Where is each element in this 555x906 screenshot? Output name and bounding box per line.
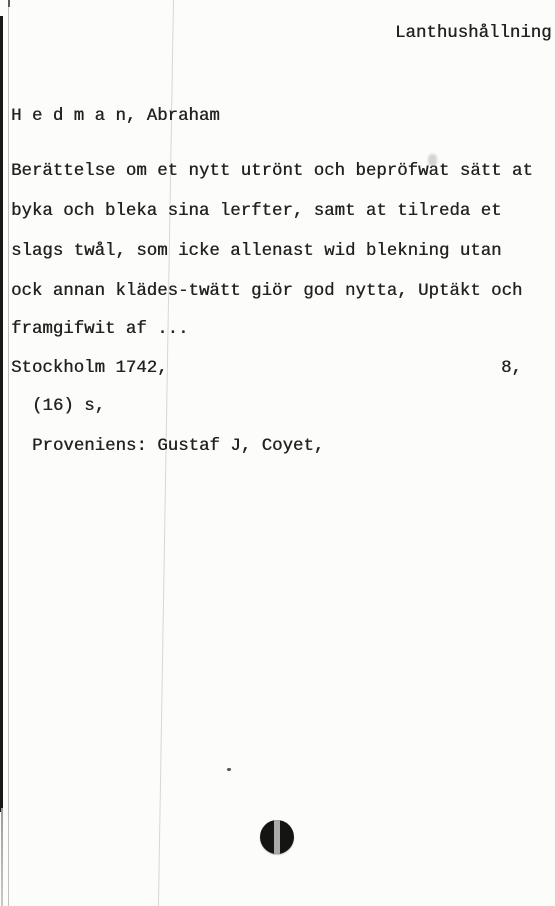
title-line-3: slags twål, som icke allenast wid blekni… bbox=[11, 241, 502, 263]
title-line-4: ock annan klädes-twätt giör god nytta, U… bbox=[11, 281, 522, 303]
left-rule-line bbox=[8, 0, 9, 906]
title-line-1: Berättelse om et nytt utrönt och bepröfw… bbox=[11, 161, 533, 183]
faint-ink-smudge bbox=[428, 154, 437, 166]
title-line-5: framgifwit af ... bbox=[11, 319, 188, 341]
pagination-line: (16) s, bbox=[32, 396, 105, 418]
subject-heading: Lanthushållning bbox=[395, 23, 552, 45]
left-rule-top-tick bbox=[8, 0, 10, 7]
left-page-edge bbox=[0, 16, 3, 812]
imprint-line: Stockholm 1742, bbox=[11, 358, 168, 380]
ink-speck bbox=[227, 768, 231, 771]
punch-hole bbox=[260, 820, 294, 854]
catalog-card-scan: Lanthushållning H e d m a n, Abraham Ber… bbox=[0, 0, 555, 906]
author-heading: H e d m a n, Abraham bbox=[11, 106, 220, 128]
left-page-edge-fade bbox=[1, 808, 3, 906]
provenance-line: Proveniens: Gustaf J, Coyet, bbox=[32, 436, 324, 458]
punch-hole-rod bbox=[274, 820, 280, 854]
title-line-2: byka och bleka sina lerfter, samt at til… bbox=[11, 201, 502, 223]
format-designation: 8, bbox=[501, 358, 522, 380]
